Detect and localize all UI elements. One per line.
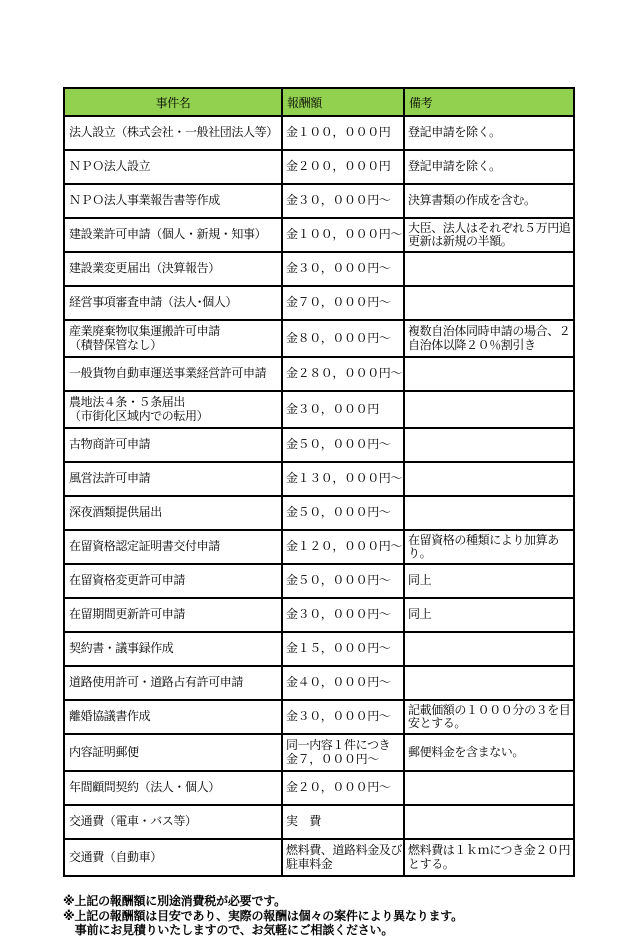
table-row: 一般貨物自動車運送事業経営許可申請金２８０，０００円～ bbox=[64, 357, 574, 391]
fee-cell: 燃料費、道路料金及び 駐車料金 bbox=[282, 839, 404, 876]
fee-cell: 金３０，０００円～ bbox=[282, 598, 404, 632]
remark-cell bbox=[404, 771, 574, 805]
remark-cell: 在留資格の種類により加算あり。 bbox=[404, 530, 574, 564]
fee-cell: 同一内容１件につき 金７，０００円～ bbox=[282, 734, 404, 771]
table-row: 建設業許可申請（個人・新規・知事）金１００，０００円～大臣、法人はそれぞれ５万円… bbox=[64, 218, 574, 252]
case-name-cell: 深夜酒類提供届出 bbox=[64, 496, 282, 530]
remark-cell bbox=[404, 357, 574, 391]
table-row: 交通費（自動車）燃料費、道路料金及び 駐車料金燃料費は１ｋｍにつき金２０円とする… bbox=[64, 839, 574, 876]
fee-cell: 金４０，０００円～ bbox=[282, 666, 404, 700]
header-fee: 報酬額 bbox=[282, 88, 404, 116]
document-page: 事件名 報酬額 備考 法人設立（株式会社・一般社団法人等）金１００，０００円登記… bbox=[0, 0, 630, 890]
remark-cell bbox=[404, 805, 574, 839]
case-name-cell: 建設業変更届出（決算報告） bbox=[64, 252, 282, 286]
fee-cell: 金２８０，０００円～ bbox=[282, 357, 404, 391]
fee-cell: 実 費 bbox=[282, 805, 404, 839]
remark-cell bbox=[404, 462, 574, 496]
table-row: 在留資格変更許可申請金５０，０００円～同上 bbox=[64, 564, 574, 598]
case-name-cell: 年間顧問契約（法人・個人） bbox=[64, 771, 282, 805]
footnote-tax: ※上記の報酬額に別途消費税が必要です。 bbox=[63, 894, 573, 909]
case-name-cell: 道路使用許可・道路占有許可申請 bbox=[64, 666, 282, 700]
table-row: 在留資格認定証明書交付申請金１２０，０００円～在留資格の種類により加算あり。 bbox=[64, 530, 574, 564]
table-row: 年間顧問契約（法人・個人）金２０，０００円～ bbox=[64, 771, 574, 805]
fee-table-body: 法人設立（株式会社・一般社団法人等）金１００，０００円登記申請を除く。ＮＰＯ法人… bbox=[64, 116, 574, 876]
remark-cell: 決算書類の作成を含む。 bbox=[404, 184, 574, 218]
remark-cell bbox=[404, 666, 574, 700]
table-row: 道路使用許可・道路占有許可申請金４０，０００円～ bbox=[64, 666, 574, 700]
fee-cell: 金１３０，０００円～ bbox=[282, 462, 404, 496]
table-row: 建設業変更届出（決算報告）金３０，０００円～ bbox=[64, 252, 574, 286]
remark-cell: 同上 bbox=[404, 598, 574, 632]
footnote-estimate: ※上記の報酬額は目安であり、実際の報酬は個々の案件により異なります。 bbox=[63, 909, 573, 924]
case-name-cell: 交通費（自動車） bbox=[64, 839, 282, 876]
remark-cell: 登記申請を除く。 bbox=[404, 150, 574, 184]
fee-cell: 金７０，０００円～ bbox=[282, 286, 404, 320]
case-name-cell: 産業廃棄物収集運搬許可申請 （積替保管なし） bbox=[64, 320, 282, 357]
remark-cell: 大臣、法人はそれぞれ５万円追 更新は新規の半額。 bbox=[404, 218, 574, 252]
footnote-consult: 事前にお見積りいたしますので、お気軽にご相談ください。 bbox=[63, 923, 573, 938]
remark-cell bbox=[404, 632, 574, 666]
table-row: 古物商許可申請金５０，０００円～ bbox=[64, 428, 574, 462]
table-row: 経営事項審査申請（法人･個人）金７０，０００円～ bbox=[64, 286, 574, 320]
case-name-cell: ＮＰＯ法人事業報告書等作成 bbox=[64, 184, 282, 218]
table-row: 在留期間更新許可申請金３０，０００円～同上 bbox=[64, 598, 574, 632]
case-name-cell: 離婚協議書作成 bbox=[64, 700, 282, 734]
fee-cell: 金１００，０００円～ bbox=[282, 218, 404, 252]
remark-cell bbox=[404, 252, 574, 286]
case-name-cell: 古物商許可申請 bbox=[64, 428, 282, 462]
remark-cell: 登記申請を除く。 bbox=[404, 116, 574, 150]
case-name-cell: 法人設立（株式会社・一般社団法人等） bbox=[64, 116, 282, 150]
case-name-cell: 在留資格認定証明書交付申請 bbox=[64, 530, 282, 564]
case-name-cell: 風営法許可申請 bbox=[64, 462, 282, 496]
case-name-cell: 交通費（電車・バス等） bbox=[64, 805, 282, 839]
remark-cell bbox=[404, 286, 574, 320]
fee-cell: 金１２０，０００円～ bbox=[282, 530, 404, 564]
remark-cell bbox=[404, 391, 574, 428]
case-name-cell: 契約書・議事録作成 bbox=[64, 632, 282, 666]
table-row: 深夜酒類提供届出金５０，０００円～ bbox=[64, 496, 574, 530]
table-row: 契約書・議事録作成金１５，０００円～ bbox=[64, 632, 574, 666]
case-name-cell: 農地法４条・５条届出 （市街化区域内での転用） bbox=[64, 391, 282, 428]
fee-cell: 金１００，０００円 bbox=[282, 116, 404, 150]
fee-cell: 金５０，０００円～ bbox=[282, 496, 404, 530]
fee-cell: 金３０，０００円～ bbox=[282, 184, 404, 218]
case-name-cell: 建設業許可申請（個人・新規・知事） bbox=[64, 218, 282, 252]
remark-cell: 燃料費は１ｋｍにつき金２０円とする。 bbox=[404, 839, 574, 876]
header-case-name: 事件名 bbox=[64, 88, 282, 116]
case-name-cell: 内容証明郵便 bbox=[64, 734, 282, 771]
table-row: ＮＰＯ法人事業報告書等作成金３０，０００円～決算書類の作成を含む。 bbox=[64, 184, 574, 218]
remark-cell bbox=[404, 496, 574, 530]
fee-cell: 金３０，０００円～ bbox=[282, 252, 404, 286]
fee-cell: 金２００，０００円 bbox=[282, 150, 404, 184]
fee-cell: 金８０，０００円～ bbox=[282, 320, 404, 357]
table-row: 交通費（電車・バス等）実 費 bbox=[64, 805, 574, 839]
fee-table-header: 事件名 報酬額 備考 bbox=[64, 88, 574, 116]
table-row: 内容証明郵便同一内容１件につき 金７，０００円～郵便料金を含まない。 bbox=[64, 734, 574, 771]
table-row: 法人設立（株式会社・一般社団法人等）金１００，０００円登記申請を除く。 bbox=[64, 116, 574, 150]
fee-table: 事件名 報酬額 備考 法人設立（株式会社・一般社団法人等）金１００，０００円登記… bbox=[63, 87, 575, 877]
case-name-cell: ＮＰＯ法人設立 bbox=[64, 150, 282, 184]
remark-cell bbox=[404, 428, 574, 462]
footnotes: ※上記の報酬額に別途消費税が必要です。 ※上記の報酬額は目安であり、実際の報酬は… bbox=[63, 894, 573, 938]
fee-cell: 金２０，０００円～ bbox=[282, 771, 404, 805]
remark-cell: 郵便料金を含まない。 bbox=[404, 734, 574, 771]
case-name-cell: 在留資格変更許可申請 bbox=[64, 564, 282, 598]
remark-cell: 記載価額の１０００分の３を目安とする。 bbox=[404, 700, 574, 734]
table-row: 農地法４条・５条届出 （市街化区域内での転用）金３０，０００円 bbox=[64, 391, 574, 428]
case-name-cell: 一般貨物自動車運送事業経営許可申請 bbox=[64, 357, 282, 391]
table-row: 産業廃棄物収集運搬許可申請 （積替保管なし）金８０，０００円～複数自治体同時申請… bbox=[64, 320, 574, 357]
table-row: 風営法許可申請金１３０，０００円～ bbox=[64, 462, 574, 496]
table-row: 離婚協議書作成金３０，０００円～記載価額の１０００分の３を目安とする。 bbox=[64, 700, 574, 734]
remark-cell: 複数自治体同時申請の場合、２自治体以降２０％割引き bbox=[404, 320, 574, 357]
table-row: ＮＰＯ法人設立金２００，０００円登記申請を除く。 bbox=[64, 150, 574, 184]
fee-cell: 金１５，０００円～ bbox=[282, 632, 404, 666]
header-remarks: 備考 bbox=[404, 88, 574, 116]
remark-cell: 同上 bbox=[404, 564, 574, 598]
fee-cell: 金５０，０００円～ bbox=[282, 564, 404, 598]
fee-cell: 金３０，０００円 bbox=[282, 391, 404, 428]
case-name-cell: 経営事項審査申請（法人･個人） bbox=[64, 286, 282, 320]
fee-cell: 金５０，０００円～ bbox=[282, 428, 404, 462]
header-row: 事件名 報酬額 備考 bbox=[64, 88, 574, 116]
case-name-cell: 在留期間更新許可申請 bbox=[64, 598, 282, 632]
fee-cell: 金３０，０００円～ bbox=[282, 700, 404, 734]
